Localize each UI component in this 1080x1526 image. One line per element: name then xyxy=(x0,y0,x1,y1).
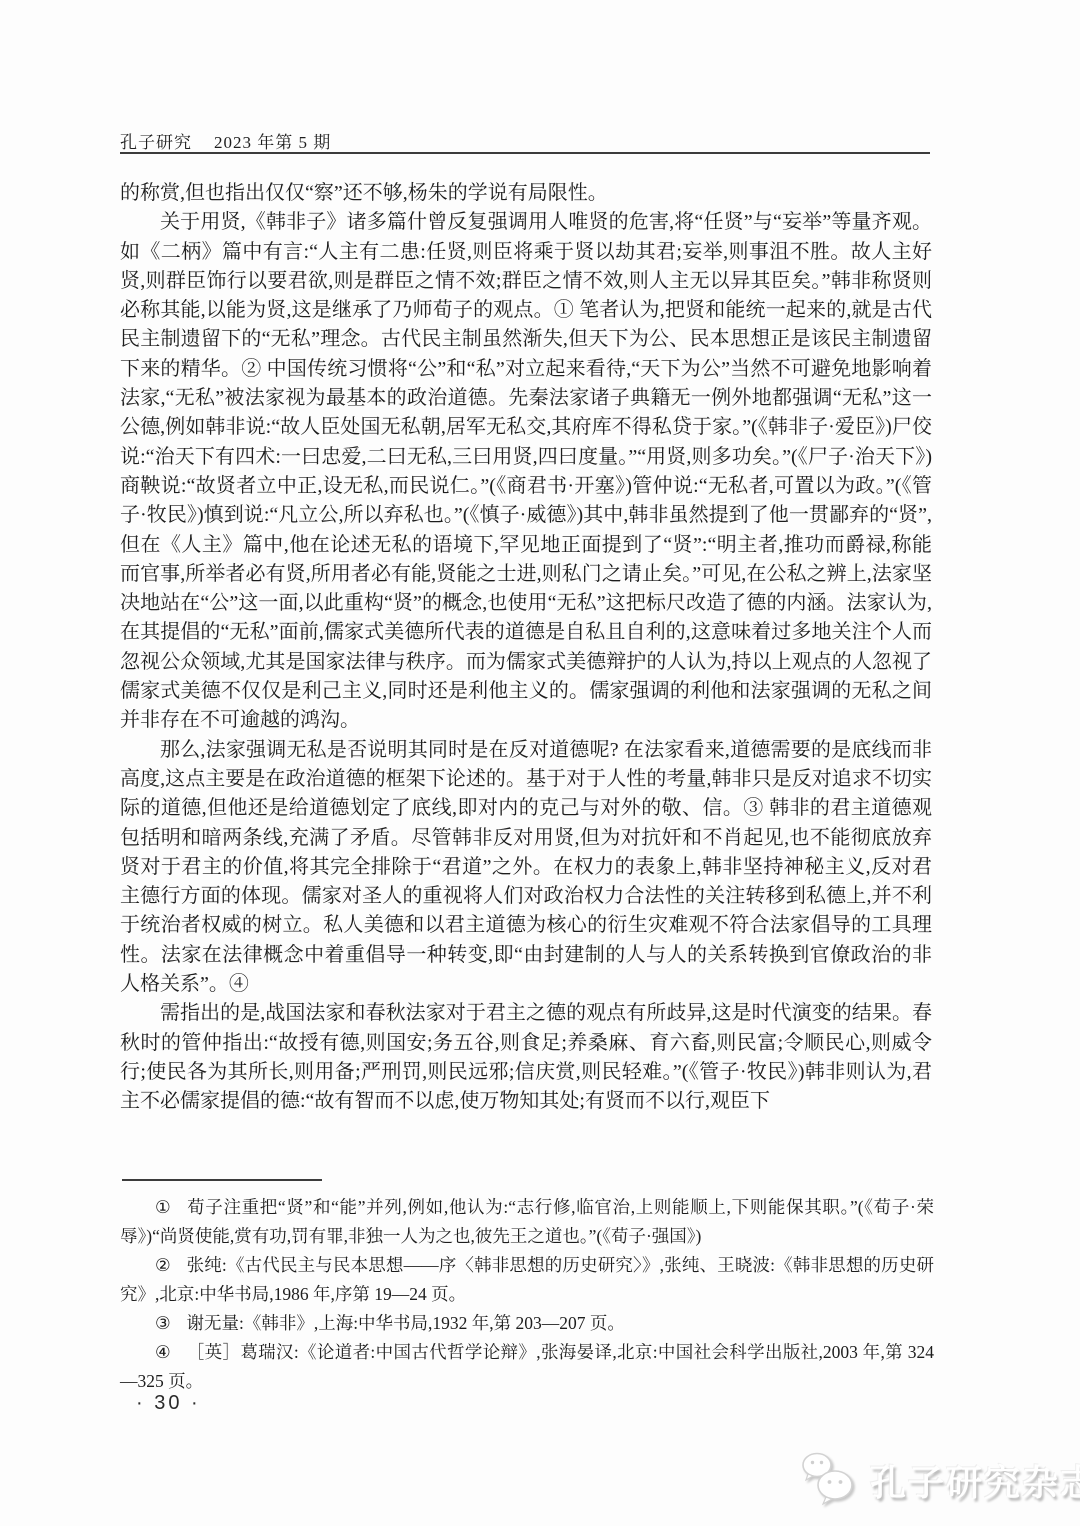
issue-label: 2023 年第 5 期 xyxy=(214,133,331,152)
footnotes: ①荀子注重把“贤”和“能”并列,例如,他认为:“志行修,临官治,上则能顺上,下则… xyxy=(120,1193,934,1396)
footnote-marker: ② xyxy=(155,1255,171,1275)
wechat-icon xyxy=(800,1449,858,1512)
paragraph: 需指出的是,战国法家和春秋法家对于君主之德的观点有所歧异,这是时代演变的结果。春… xyxy=(120,999,932,1116)
footnote-item: ②张纯:《古代民主与民本思想——序〈韩非思想的历史研究〉》,张纯、王晓波:《韩非… xyxy=(120,1251,934,1309)
header-rule xyxy=(120,152,930,154)
footnote-text: 张纯:《古代民主与民本思想——序〈韩非思想的历史研究〉》,张纯、王晓波:《韩非思… xyxy=(120,1255,934,1304)
paragraph: 关于用贤,《韩非子》诸多篇什曾反复强调用人唯贤的危害,将“任贤”与“妄举”等量齐… xyxy=(120,208,932,735)
footnote-item: ①荀子注重把“贤”和“能”并列,例如,他认为:“志行修,临官治,上则能顺上,下则… xyxy=(120,1193,934,1251)
footnote-item: ④［英］葛瑞汉:《论道者:中国古代哲学论辩》,张海晏译,北京:中国社会科学出版社… xyxy=(120,1338,934,1396)
article-body: 的称赏,但也指出仅仅“察”还不够,杨朱的学说有局限性。 关于用贤,《韩非子》诸多… xyxy=(120,179,932,1117)
footnote-marker: ③ xyxy=(155,1313,171,1333)
paragraph: 那么,法家强调无私是否说明其同时是在反对道德呢? 在法家看来,道德需要的是底线而… xyxy=(120,736,932,1000)
footnote-separator xyxy=(122,1179,322,1181)
footnote-text: 荀子注重把“贤”和“能”并列,例如,他认为:“志行修,临官治,上则能顺上,下则能… xyxy=(120,1197,934,1246)
journal-page: 孔子研究2023 年第 5 期 的称赏,但也指出仅仅“察”还不够,杨朱的学说有局… xyxy=(0,0,1080,1526)
running-head: 孔子研究2023 年第 5 期 xyxy=(120,128,930,153)
paragraph-continuation: 的称赏,但也指出仅仅“察”还不够,杨朱的学说有局限性。 xyxy=(120,179,932,208)
page-number: · 30 · xyxy=(136,1392,201,1415)
journal-title: 孔子研究 xyxy=(120,133,192,152)
footnote-item: ③谢无量:《韩非》,上海:中华书局,1932 年,第 203—207 页。 xyxy=(120,1309,934,1338)
footnote-text: ［英］葛瑞汉:《论道者:中国古代哲学论辩》,张海晏译,北京:中国社会科学出版社,… xyxy=(120,1342,934,1391)
footnote-text: 谢无量:《韩非》,上海:中华书局,1932 年,第 203—207 页。 xyxy=(186,1313,624,1333)
journal-watermark: 孔子研究杂志 xyxy=(800,1440,1070,1520)
watermark-label: 孔子研究杂志 xyxy=(870,1455,1080,1506)
footnote-marker: ④ xyxy=(155,1342,171,1362)
footnote-marker: ① xyxy=(155,1197,171,1217)
